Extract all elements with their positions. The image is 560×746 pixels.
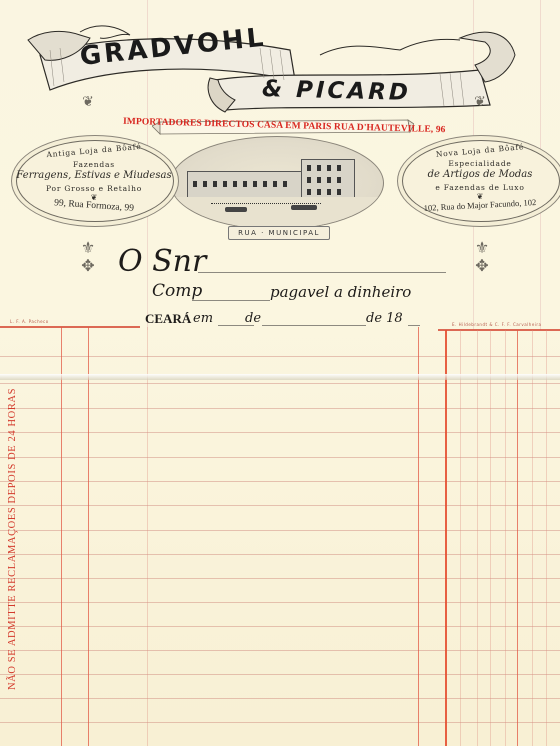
carriage-icon — [291, 205, 317, 210]
date-em-label: em — [193, 311, 213, 326]
invoice-page: GRADVOHL & PICARD IMPORTADORES DIRECTOS … — [0, 0, 560, 746]
date-de-label: de — [245, 311, 261, 326]
comp-label: Comp — [152, 281, 202, 301]
bottom-right-flourish-icon: ⚜✥ — [462, 240, 502, 276]
payment-terms-label: pagavel a dinheiro — [270, 283, 411, 301]
date-month-field[interactable] — [262, 325, 366, 326]
salutation-label: O Snr — [118, 244, 206, 279]
ledger-column-rule — [418, 327, 419, 746]
right-cartouche: Nova Loja da Bôafé Especialidade de Arti… — [392, 120, 560, 240]
date-year-label: de 18 — [366, 311, 403, 326]
company-name-line-2: & PICARD — [262, 76, 412, 106]
ledger-column-rule — [517, 330, 518, 746]
left-cartouche-line-2: Ferragens, Estivas e Miudesas — [6, 170, 182, 181]
left-cartouche: Antiga Loja da Bôafé Fazendas Ferragens,… — [6, 120, 186, 240]
bottom-left-flourish-icon: ⚜✥ — [68, 240, 108, 276]
carriage-icon — [225, 207, 247, 212]
ledger-column-rule — [61, 327, 62, 746]
ledger-column-rule — [445, 330, 447, 746]
importers-banner: IMPORTADORES DIRECTOS CASA EM PARIS RUA … — [160, 116, 408, 136]
addressee-field[interactable] — [198, 272, 446, 273]
city-label: CEARÁ — [145, 311, 191, 327]
right-cartouche-line-3: e Fazendas de Luxo — [392, 183, 560, 192]
top-right-flourish-icon: ❦ — [460, 96, 500, 110]
ledger-top-rule-left — [0, 326, 140, 328]
printer-mark-right: E. Hildebrandt & C. F. F. Carvalheira — [452, 322, 542, 327]
right-cartouche-line-1: Especialidade — [392, 159, 560, 168]
left-cartouche-line-3: Por Grosso e Retalho — [6, 184, 182, 193]
vignette-caption: RUA · MUNICIPAL — [228, 226, 330, 240]
building-vignette — [170, 136, 384, 230]
ledger-column-rule — [88, 327, 89, 746]
top-left-flourish-icon: ❦ — [68, 96, 108, 110]
right-cartouche-line-2: de Artigos de Modas — [392, 169, 560, 180]
paper-fold-crease — [0, 374, 560, 380]
side-notice: NÃO SE ADMITTE RECLAMAÇOES DEPOIS DE 24 … — [7, 388, 18, 690]
left-cartouche-line-1: Fazendas — [6, 160, 182, 169]
ledger-top-rule-right — [438, 329, 560, 331]
comp-field[interactable] — [192, 300, 270, 301]
street-ground — [171, 197, 383, 229]
date-year-field[interactable] — [408, 325, 420, 326]
printer-mark-left: L. F. A. Pacheco — [10, 319, 49, 324]
